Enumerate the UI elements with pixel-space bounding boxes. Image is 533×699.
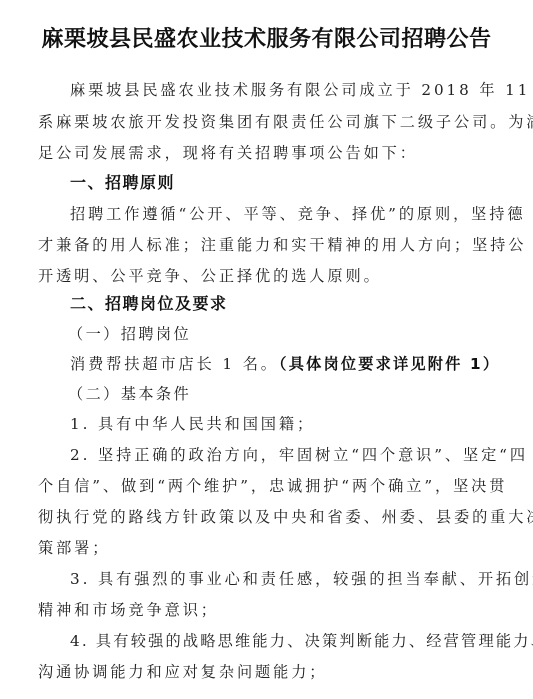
subsection-heading-positions: （一）招聘岗位	[68, 324, 523, 344]
subsection-heading-conditions: （二）基本条件	[68, 384, 523, 404]
document-page: 麻栗坡县民盛农业技术服务有限公司招聘公告 麻栗坡县民盛农业技术服务有限公司成立于…	[0, 0, 533, 699]
principles-line-2: 才兼备的用人标准；注重能力和实干精神的用人方向；坚持公	[38, 235, 493, 255]
condition-4-line-2: 沟通协调能力和应对复杂问题能力；	[38, 662, 493, 682]
condition-3-line-2: 精神和市场竞争意识；	[38, 600, 493, 620]
section-heading-principles: 一、招聘原则	[70, 173, 525, 193]
condition-1-line-1: 1. 具有中华人民共和国国籍；	[70, 414, 525, 434]
section-heading-positions: 二、招聘岗位及要求	[70, 294, 525, 314]
intro-line-3: 足公司发展需求，现将有关招聘事项公告如下：	[38, 143, 493, 163]
condition-2-line-2: 个自信”、做到“两个维护”，忠诚拥护“两个确立”，坚决贯	[38, 476, 493, 496]
condition-2-line-1: 2. 坚持正确的政治方向，牢固树立“四个意识”、坚定“四	[70, 445, 525, 465]
attachment-note: （具体岗位要求详见附件 1）	[279, 355, 500, 373]
position-text: 消费帮扶超市店长 1 名。	[70, 355, 279, 373]
intro-line-2: 系麻栗坡农旅开发投资集团有限责任公司旗下二级子公司。为满	[38, 112, 493, 132]
position-line: 消费帮扶超市店长 1 名。（具体岗位要求详见附件 1）	[70, 354, 525, 374]
condition-2-line-3: 彻执行党的路线方针政策以及中央和省委、州委、县委的重大决	[38, 507, 493, 527]
principles-line-3: 开透明、公平竞争、公正择优的选人原则。	[38, 266, 493, 286]
principles-line-1: 招聘工作遵循“公开、平等、竞争、择优”的原则，坚持德	[70, 204, 525, 224]
condition-4-line-1: 4. 具有较强的战略思维能力、决策判断能力、经营管理能力、	[70, 631, 525, 651]
intro-line-1: 麻栗坡县民盛农业技术服务有限公司成立于 2018 年 11 月，	[70, 80, 525, 100]
document-title: 麻栗坡县民盛农业技术服务有限公司招聘公告	[0, 22, 533, 53]
condition-2-line-4: 策部署；	[38, 538, 493, 558]
condition-3-line-1: 3. 具有强烈的事业心和责任感，较强的担当奉献、开拓创新	[70, 569, 525, 589]
